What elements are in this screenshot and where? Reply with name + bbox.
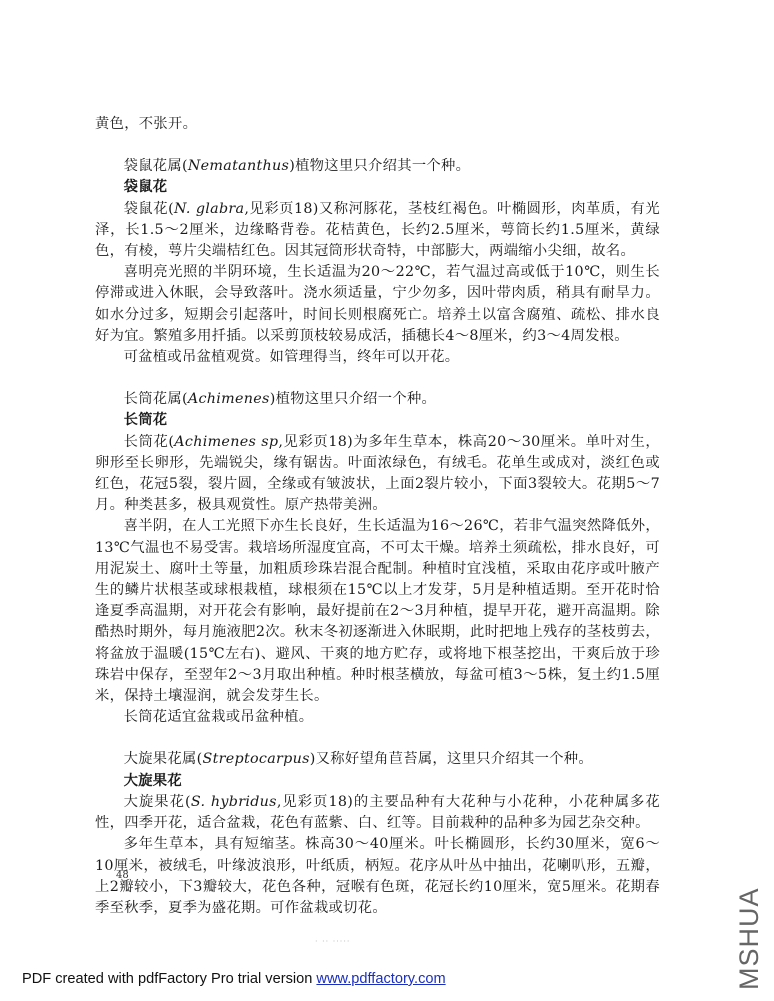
- page-body: 黄色，不张开。 袋鼠花属(Nematanthus)植物这里只介绍其一个种。 袋鼠…: [95, 114, 660, 919]
- page-number: 48: [116, 870, 129, 881]
- latin-name: S. hybridus: [191, 794, 277, 810]
- care-paragraph: 喜明亮光照的半阴环境，生长适温为20～22℃，若气温过高或低于10℃，则生长停滞…: [95, 262, 660, 347]
- description-paragraph: 长筒花(Achimenes sp,见彩页18)为多年生草本，株高20～30厘米。…: [95, 432, 660, 517]
- care-paragraph: 多年生草本，具有短缩茎。株高30～40厘米。叶长椭圆形，长约30厘米，宽6～10…: [95, 834, 660, 919]
- latin-name: Streptocarpus: [202, 751, 309, 767]
- usage-paragraph: 可盆植或吊盆植观赏。如管理得当，终年可以开花。: [95, 347, 660, 368]
- pdf-footer: PDF created with pdfFactory Pro trial ve…: [22, 971, 446, 987]
- pdffactory-link[interactable]: www.pdffactory.com: [316, 971, 445, 987]
- species-heading: 大旋果花: [95, 771, 660, 792]
- genus-intro: 袋鼠花属(Nematanthus)植物这里只介绍其一个种。: [95, 156, 660, 177]
- description-paragraph: 袋鼠花(N. glabra,见彩页18)又称河豚花，茎枝红褐色。叶椭圆形，肉革质…: [95, 199, 660, 263]
- care-paragraph: 喜半阴，在人工光照下亦生长良好，生长适温为16～26℃，若非气温突然降低外，13…: [95, 516, 660, 707]
- section-streptocarpus: 大旋果花属(Streptocarpus)又称好望角苣苔属，这里只介绍其一个种。 …: [95, 749, 660, 919]
- genus-intro: 大旋果花属(Streptocarpus)又称好望角苣苔属，这里只介绍其一个种。: [95, 749, 660, 770]
- latin-name: Achimenes sp: [174, 434, 278, 450]
- watermark: MSHUA: [734, 890, 765, 990]
- intro-line: 黄色，不张开。: [95, 114, 660, 135]
- species-heading: 长筒花: [95, 410, 660, 431]
- genus-intro: 长筒花属(Achimenes)植物这里只介绍一个种。: [95, 389, 660, 410]
- footer-text: PDF created with pdfFactory Pro trial ve…: [22, 971, 316, 987]
- usage-paragraph: 长筒花适宜盆栽或吊盆种植。: [95, 707, 660, 728]
- section-achimenes: 长筒花属(Achimenes)植物这里只介绍一个种。 长筒花 长筒花(Achim…: [95, 389, 660, 728]
- latin-name: Nematanthus: [188, 158, 289, 174]
- latin-name: Achimenes: [188, 391, 270, 407]
- species-heading: 袋鼠花: [95, 177, 660, 198]
- section-nematanthus: 袋鼠花属(Nematanthus)植物这里只介绍其一个种。 袋鼠花 袋鼠花(N.…: [95, 156, 660, 368]
- description-paragraph: 大旋果花(S. hybridus,见彩页18)的主要品种有大花种与小花种，小花种…: [95, 792, 660, 834]
- document-page: 黄色，不张开。 袋鼠花属(Nematanthus)植物这里只介绍其一个种。 袋鼠…: [0, 0, 774, 1001]
- latin-name: N. glabra: [174, 201, 244, 217]
- scan-artifact: · ·· ·····: [315, 937, 350, 946]
